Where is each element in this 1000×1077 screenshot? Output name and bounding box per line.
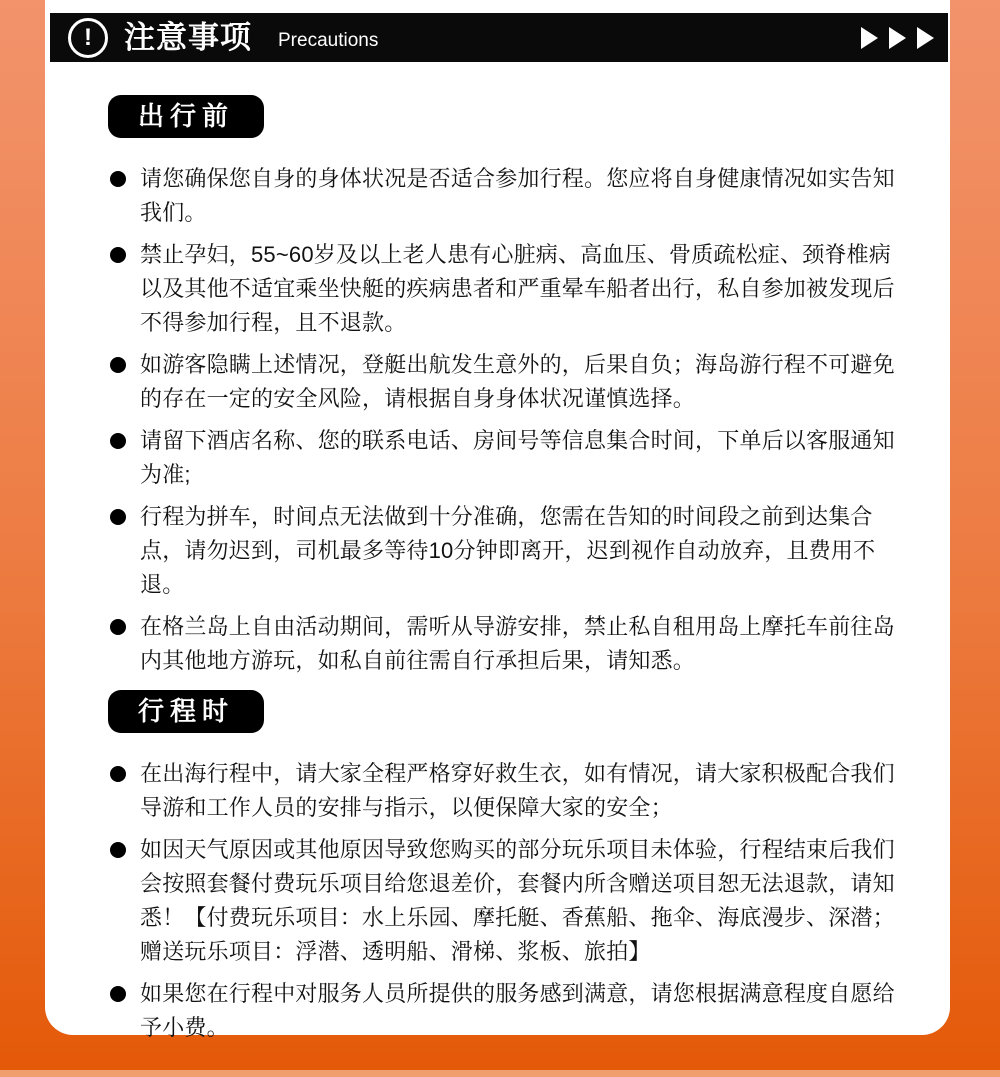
list-item: 行程为拼车，时间点无法做到十分准确，您需在告知的时间段之前到达集合点，请勿迟到，… (108, 500, 905, 602)
bullet-icon (110, 171, 126, 187)
list-item: 在格兰岛上自由活动期间，需听从导游安排，禁止私自租用岛上摩托车前往岛内其他地方游… (108, 610, 905, 678)
section-header-before-trip: 出行前 (108, 95, 905, 138)
list-item: 禁止孕妇，55~60岁及以上老人患有心脏病、高血压、骨质疏松症、颈脊椎病以及其他… (108, 238, 905, 340)
triple-arrow-decoration (861, 27, 934, 49)
bullet-icon (110, 986, 126, 1002)
bullet-icon (110, 842, 126, 858)
list-item: 请留下酒店名称、您的联系电话、房间号等信息集合时间，下单后以客服通知为准; (108, 424, 905, 492)
bottom-gradient-strip (0, 1070, 1000, 1077)
precautions-content: 出行前 请您确保您自身的身体状况是否适合参加行程。您应将自身健康情况如实告知我们… (108, 95, 905, 1053)
bullet-icon (110, 509, 126, 525)
content-card: ! 注意事项 Precautions 出行前 请您确保您自身的身体状况是否适合参… (45, 0, 950, 1035)
item-text: 请留下酒店名称、您的联系电话、房间号等信息集合时间，下单后以客服通知为准; (140, 428, 895, 487)
list-item: 如游客隐瞒上述情况，登艇出航发生意外的，后果自负；海岛游行程不可避免的存在一定的… (108, 348, 905, 416)
bullet-icon (110, 766, 126, 782)
item-text: 在出海行程中，请大家全程严格穿好救生衣，如有情况，请大家积极配合我们导游和工作人… (140, 761, 895, 820)
title-bar: ! 注意事项 Precautions (50, 13, 948, 62)
list-item: 如因天气原因或其他原因导致您购买的部分玩乐项目未体验，行程结束后我们会按照套餐付… (108, 833, 905, 969)
bullet-icon (110, 433, 126, 449)
item-text: 如果您在行程中对服务人员所提供的服务感到满意，请您根据满意程度自愿给予小费。 (140, 981, 895, 1040)
before-trip-list: 请您确保您自身的身体状况是否适合参加行程。您应将自身健康情况如实告知我们。 禁止… (108, 162, 905, 678)
section-badge-during-trip: 行程时 (108, 690, 264, 733)
list-item: 请您确保您自身的身体状况是否适合参加行程。您应将自身健康情况如实告知我们。 (108, 162, 905, 230)
exclamation-glyph: ! (84, 24, 92, 52)
exclamation-circle-icon: ! (68, 18, 108, 58)
item-text: 禁止孕妇，55~60岁及以上老人患有心脏病、高血压、骨质疏松症、颈脊椎病以及其他… (140, 242, 895, 335)
page-subtitle: Precautions (278, 30, 378, 52)
list-item: 在出海行程中，请大家全程严格穿好救生衣，如有情况，请大家积极配合我们导游和工作人… (108, 757, 905, 825)
item-text: 如游客隐瞒上述情况，登艇出航发生意外的，后果自负；海岛游行程不可避免的存在一定的… (140, 352, 895, 411)
page-title: 注意事项 (124, 13, 252, 62)
during-trip-list: 在出海行程中，请大家全程严格穿好救生衣，如有情况，请大家积极配合我们导游和工作人… (108, 757, 905, 1045)
item-text: 在格兰岛上自由活动期间，需听从导游安排，禁止私自租用岛上摩托车前往岛内其他地方游… (140, 614, 895, 673)
section-badge-before-trip: 出行前 (108, 95, 264, 138)
precautions-page: { "header": { "title": "注意事项", "subtitle… (0, 0, 1000, 1077)
item-text: 行程为拼车，时间点无法做到十分准确，您需在告知的时间段之前到达集合点，请勿迟到，… (140, 504, 875, 597)
arrow-right-icon (917, 27, 934, 49)
item-text: 如因天气原因或其他原因导致您购买的部分玩乐项目未体验，行程结束后我们会按照套餐付… (140, 837, 895, 964)
bullet-icon (110, 247, 126, 263)
list-item: 如果您在行程中对服务人员所提供的服务感到满意，请您根据满意程度自愿给予小费。 (108, 977, 905, 1045)
arrow-right-icon (889, 27, 906, 49)
bullet-icon (110, 357, 126, 373)
arrow-right-icon (861, 27, 878, 49)
section-header-during-trip: 行程时 (108, 690, 905, 733)
item-text: 请您确保您自身的身体状况是否适合参加行程。您应将自身健康情况如实告知我们。 (140, 166, 895, 225)
bullet-icon (110, 619, 126, 635)
